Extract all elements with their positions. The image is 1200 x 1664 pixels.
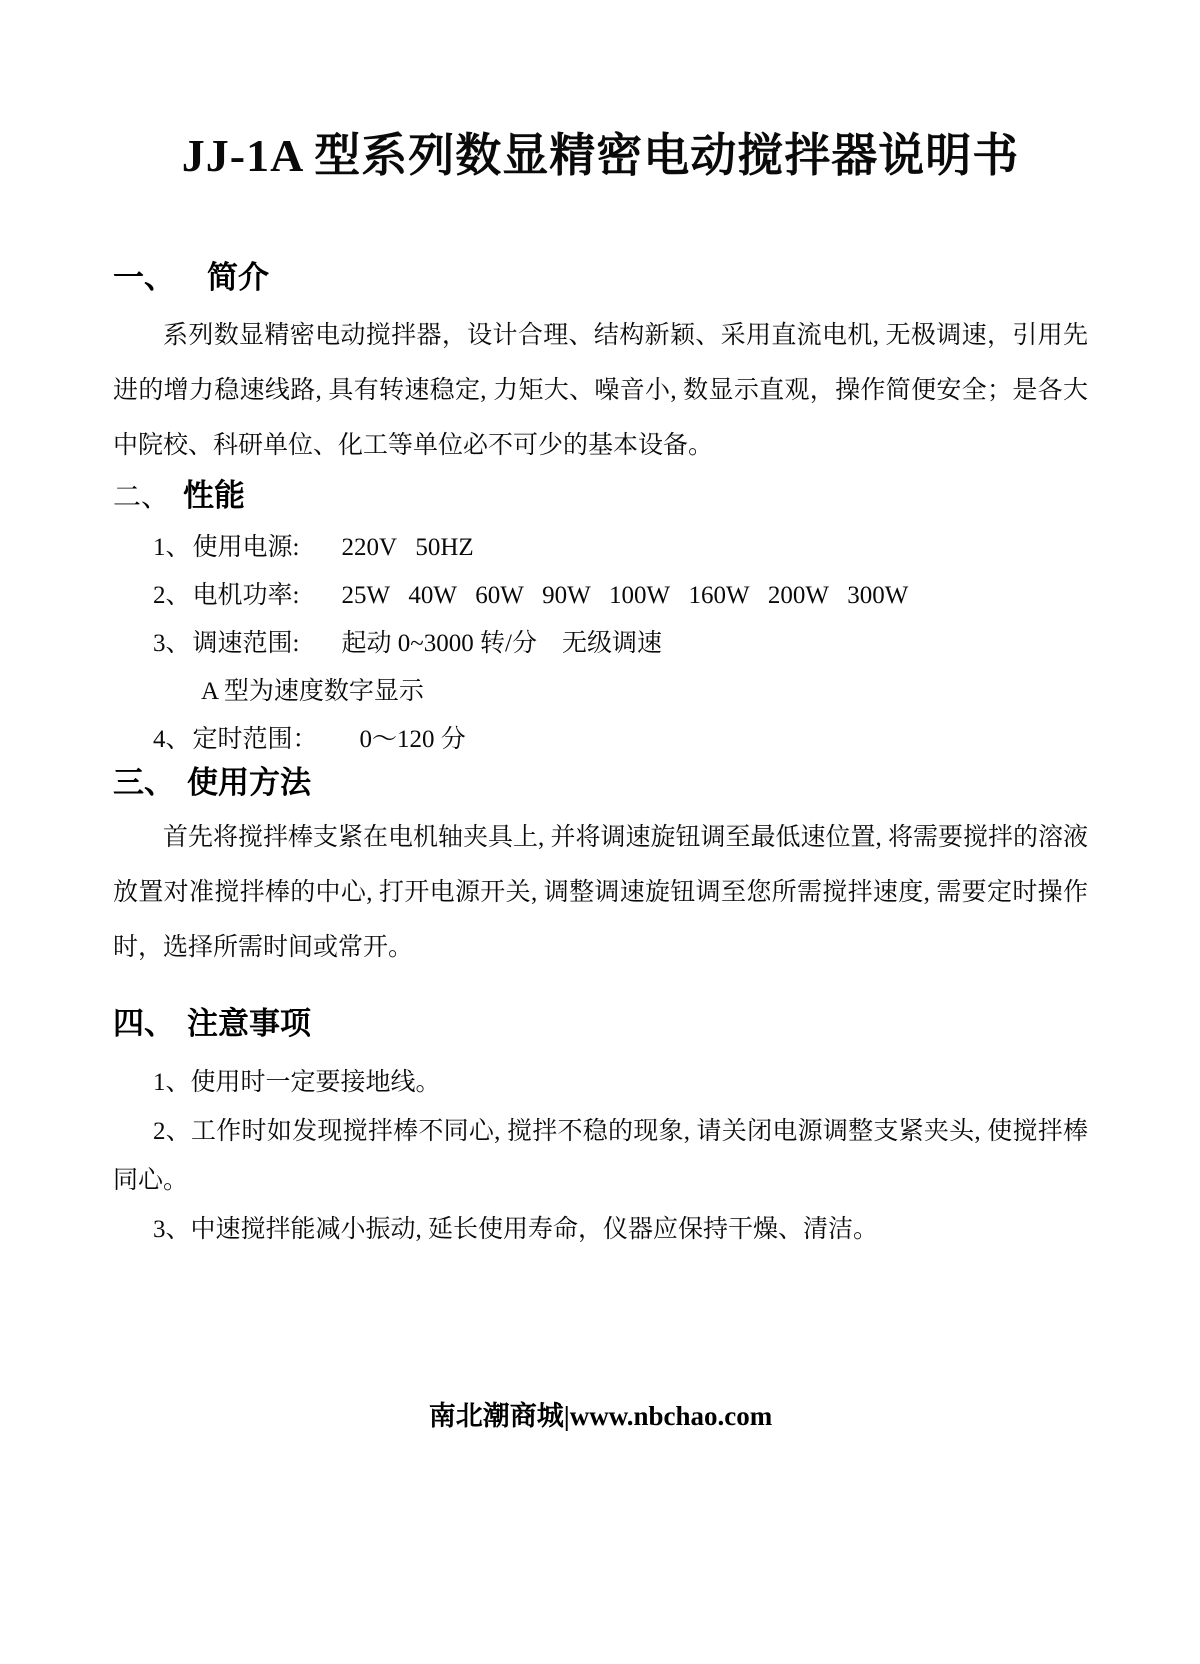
section-notes: 四、注意事项 1、使用时一定要接地线。 2、工作时如发现搅拌棒不同心, 搅拌不稳… bbox=[113, 1005, 1088, 1254]
spec-label: 定时范围： bbox=[193, 726, 318, 753]
spec-row-speed-range: 3、调速范围:起动 0~3000 转/分 无级调速 bbox=[113, 620, 1088, 668]
usage-paragraph: 首先将搅拌棒支紧在电机轴夹具上, 并将调速旋钮调至最低速位置, 将需要搅拌的溶液… bbox=[113, 810, 1088, 975]
intro-heading-number: 一、 bbox=[113, 260, 175, 295]
usage-heading: 三、使用方法 bbox=[113, 764, 1088, 803]
section-performance: 二、性能 1、使用电源:220V 50HZ 2、电机功率:25W 40W 60W… bbox=[113, 477, 1088, 764]
performance-heading-text: 性能 bbox=[183, 478, 245, 513]
note-item-medium-speed: 3、中速搅拌能减小振动, 延长使用寿命，仪器应保持干燥、清洁。 bbox=[113, 1205, 1088, 1254]
intro-heading-text: 简介 bbox=[207, 260, 269, 295]
footer-branding: 南北潮商城|www.nbchao.com bbox=[113, 1394, 1088, 1433]
spec-label: 电机功率: bbox=[193, 582, 300, 609]
spec-list: 1、使用电源:220V 50HZ 2、电机功率:25W 40W 60W 90W … bbox=[113, 524, 1088, 764]
note-list: 1、使用时一定要接地线。 2、工作时如发现搅拌棒不同心, 搅拌不稳的现象, 请关… bbox=[113, 1058, 1088, 1254]
spec-label: 调速范围: bbox=[193, 630, 300, 657]
notes-heading-number: 四、 bbox=[113, 1006, 175, 1041]
performance-heading: 二、性能 bbox=[113, 477, 1088, 516]
spec-value: 起动 0~3000 转/分 无级调速 bbox=[341, 630, 661, 657]
intro-paragraph: 系列数显精密电动搅拌器，设计合理、结构新颖、采用直流电机, 无极调速，引用先进的… bbox=[113, 308, 1088, 473]
spec-value: 220V 50HZ bbox=[341, 534, 473, 561]
usage-heading-text: 使用方法 bbox=[187, 765, 311, 800]
spec-number: 4、 bbox=[153, 726, 191, 753]
document-title: JJ-1A 型系列数显精密电动搅拌器说明书 bbox=[113, 0, 1088, 183]
spec-number: 1、 bbox=[153, 534, 191, 561]
spec-row-power-supply: 1、使用电源:220V 50HZ bbox=[113, 524, 1088, 572]
note-item-concentricity: 2、工作时如发现搅拌棒不同心, 搅拌不稳的现象, 请关闭电源调整支紧夹头, 使搅… bbox=[113, 1107, 1088, 1205]
notes-heading-text: 注意事项 bbox=[187, 1006, 311, 1041]
spec-number: 2、 bbox=[153, 582, 191, 609]
spec-subnote-digital-display: A 型为速度数字显示 bbox=[113, 668, 1088, 716]
note-item-grounding: 1、使用时一定要接地线。 bbox=[113, 1058, 1088, 1107]
spec-row-motor-power: 2、电机功率:25W 40W 60W 90W 100W 160W 200W 30… bbox=[113, 572, 1088, 620]
spec-value: 0～120 分 bbox=[360, 726, 466, 753]
notes-heading: 四、注意事项 bbox=[113, 1005, 1088, 1044]
manual-page: JJ-1A 型系列数显精密电动搅拌器说明书 一、简介 系列数显精密电动搅拌器，设… bbox=[0, 0, 1200, 1664]
spec-label: 使用电源: bbox=[193, 534, 300, 561]
spec-number: 3、 bbox=[153, 630, 191, 657]
intro-heading: 一、简介 bbox=[113, 259, 1088, 298]
section-intro: 一、简介 系列数显精密电动搅拌器，设计合理、结构新颖、采用直流电机, 无极调速，… bbox=[113, 259, 1088, 473]
performance-heading-number: 二、 bbox=[113, 482, 169, 513]
section-usage: 三、使用方法 首先将搅拌棒支紧在电机轴夹具上, 并将调速旋钮调至最低速位置, 将… bbox=[113, 764, 1088, 976]
page-content: JJ-1A 型系列数显精密电动搅拌器说明书 一、简介 系列数显精密电动搅拌器，设… bbox=[0, 0, 1200, 1433]
spec-row-timer-range: 4、定时范围：0～120 分 bbox=[113, 716, 1088, 764]
spec-value: 25W 40W 60W 90W 100W 160W 200W 300W bbox=[341, 582, 908, 609]
usage-heading-number: 三、 bbox=[113, 765, 175, 800]
